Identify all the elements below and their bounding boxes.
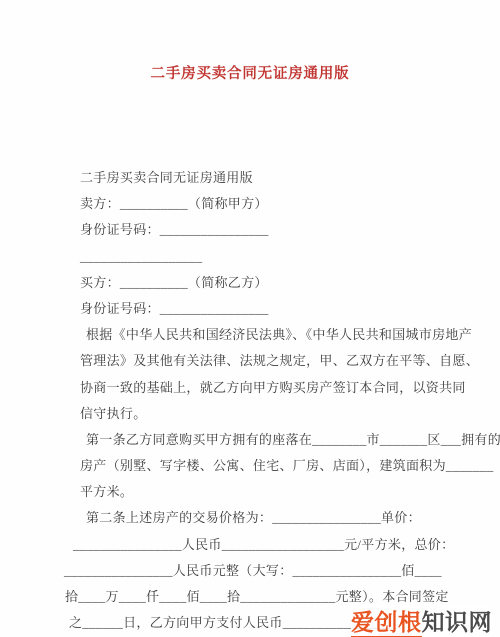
doc-line-preamble-1: 根据《中华人民共和国经济民法典》、《中华人民共和国城市房地产	[80, 322, 480, 348]
doc-line-article2-3: ________________人民币元整（大写：_______________…	[64, 558, 480, 584]
doc-line-preamble-3: 协商一致的基础上，就乙方向甲方购买房产签订本合同，以资共同	[80, 375, 480, 401]
watermark-logo: 爱创根知识网	[351, 604, 492, 637]
doc-line-blank: __________________	[80, 244, 480, 270]
doc-line-article2-2: ________________人民币__________________元/平…	[73, 532, 480, 558]
doc-line-buyer: 买方：__________（简称乙方）	[80, 270, 480, 296]
doc-line-preamble-2: 管理法》及其他有关法律、法规之规定，甲、乙双方在平等、自愿、	[80, 348, 480, 374]
document-body: 二手房买卖合同无证房通用版 卖方：__________（简称甲方） 身份证号码：…	[80, 165, 480, 636]
doc-line-preamble-4: 信守执行。	[80, 401, 480, 427]
doc-line-article1-2: 房产（别墅、写字楼、公寓、住宅、厂房、店面），建筑面积为_______	[80, 453, 480, 479]
doc-line-article2-1: 第二条上述房产的交易价格为：________________单价：	[80, 505, 480, 531]
doc-line-seller-id: 身份证号码：________________	[80, 217, 480, 243]
watermark-suffix-text: 知识网	[422, 609, 493, 635]
doc-line-article1-1: 第一条乙方同意购买甲方拥有的座落在________市_______区___拥有的	[80, 427, 480, 453]
page-title: 二手房买卖合同无证房通用版	[0, 62, 500, 83]
doc-line-article1-3: 平方米。	[80, 479, 480, 505]
doc-line-subtitle: 二手房买卖合同无证房通用版	[80, 165, 480, 191]
doc-line-seller: 卖方：__________（简称甲方）	[80, 191, 480, 217]
document-page: 二手房买卖合同无证房通用版 二手房买卖合同无证房通用版 卖方：_________…	[0, 0, 500, 637]
doc-line-buyer-id: 身份证号码：________________	[80, 296, 480, 322]
watermark-brand-text: 爱创根	[351, 609, 422, 637]
